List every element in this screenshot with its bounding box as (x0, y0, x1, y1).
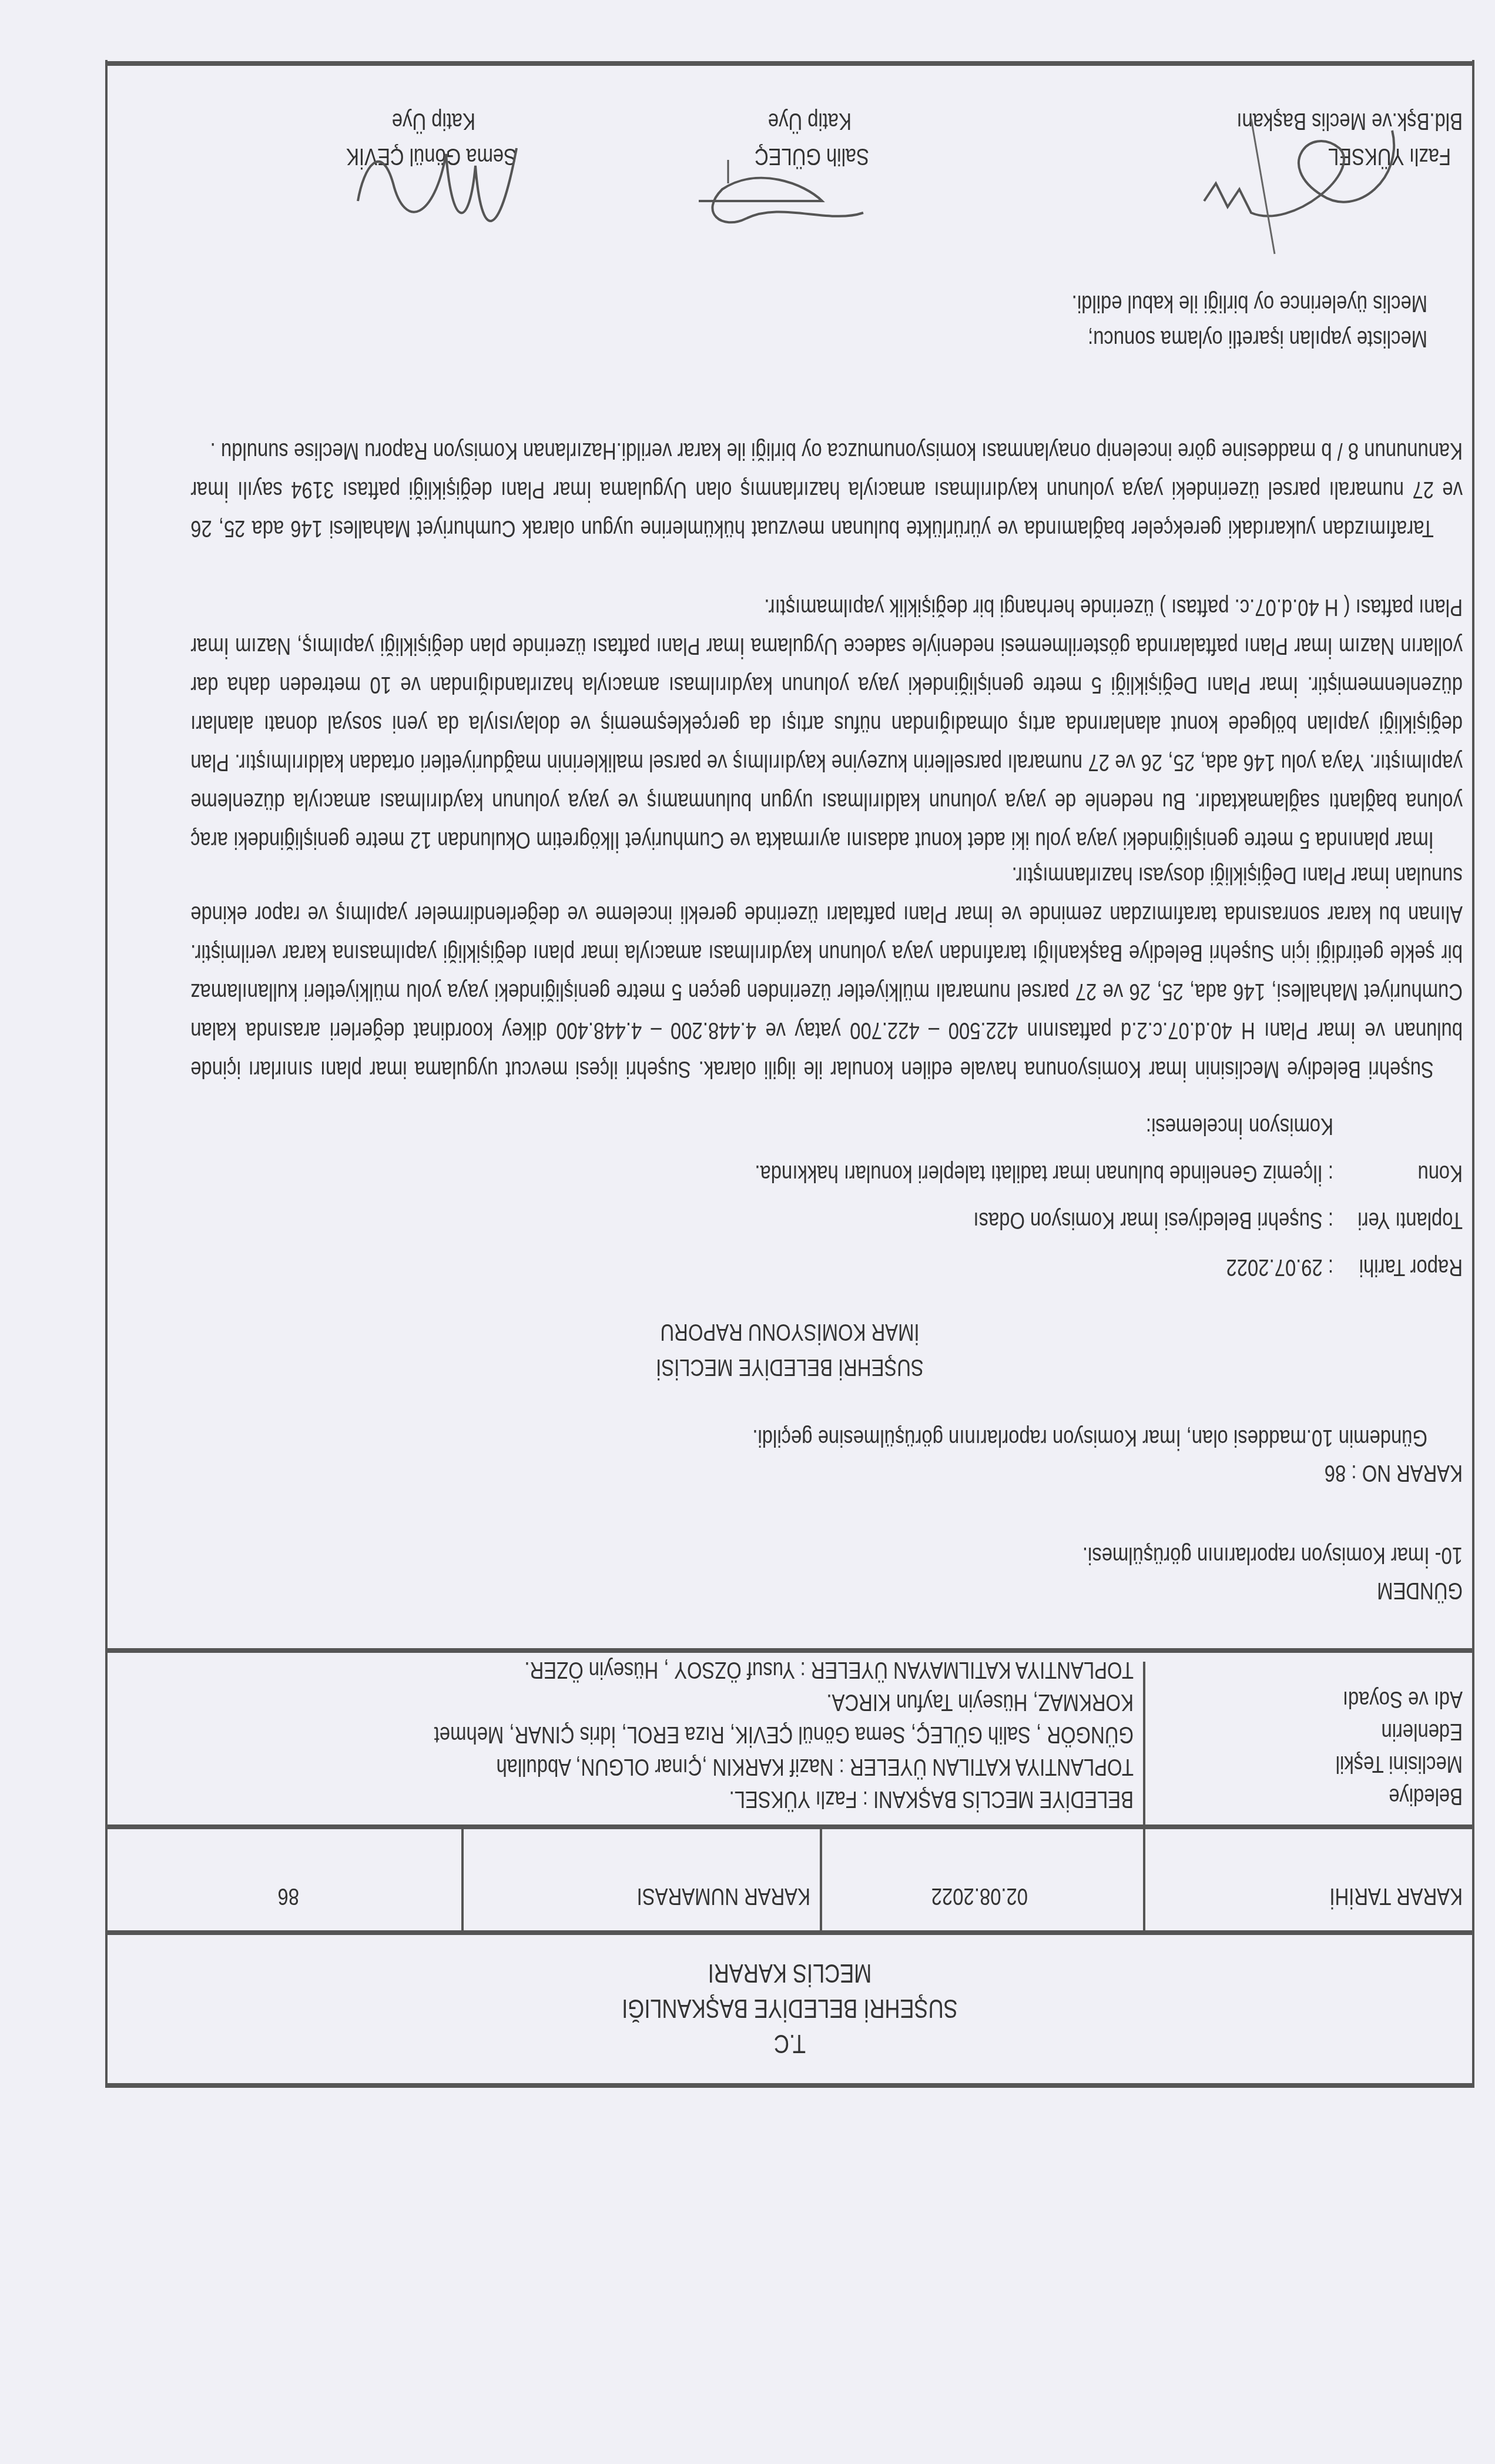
members-label-1: Belediye (1389, 1781, 1463, 1812)
tc-label: T.C (229, 2028, 1352, 2058)
report-paragraph-3: Tarafımızdan yukarıdaki gerekçeler bağla… (190, 431, 1463, 548)
report-title-2: İMAR KOMİSYONU RAPORU (229, 1317, 1352, 1347)
karar-tarihi-value: 02.08.2022 (931, 1881, 1028, 1911)
signature-scribble-2 (681, 154, 875, 248)
rapor-tarihi-label: Rapor Tarihi (1359, 1252, 1463, 1283)
karar-numarasi-value: 86 (278, 1881, 299, 1911)
konu-label: Konu (1417, 1158, 1463, 1189)
members-label-4: Adı ve Soyadı (1343, 1684, 1463, 1715)
members-label-3: Edenlerin (1381, 1716, 1463, 1747)
karar-tarihi-label: KARAR TARİHİ (1329, 1881, 1463, 1911)
katilan-uyeler-3: KORKMAZ, Hüseyin Tayfun KIRCA. (826, 1687, 1134, 1718)
karar-numarasi-label: KARAR NUMARASI (637, 1881, 810, 1911)
result-line-2: Meclis üyelerince oy birliği ile kabul e… (1072, 288, 1427, 319)
members-label-2: Meclisini Teşkil (1336, 1749, 1463, 1779)
signature-role-3: Katip Üye (392, 106, 475, 136)
rapor-tarihi-value: : 29.07.2022 (1226, 1252, 1333, 1283)
gundem-item: 10- İmar Komisyon raporlarının görüşülme… (1082, 1540, 1463, 1571)
meclis-baskani: BELEDİYE MECLİS BAŞKANI : Fazlı YÜKSEL. (729, 1784, 1134, 1814)
karar-no: KARAR NO : 86 (1325, 1458, 1463, 1488)
konu-value: : İlçemiz Genelinde bulunan imar tadilat… (755, 1158, 1333, 1189)
toplanti-yeri-label: Toplantı Yeri (1357, 1205, 1463, 1236)
scanned-page: T.C SUŞEHRİ BELEDİYE BAŞKANLIĞI MECLİS K… (0, 0, 1495, 2464)
katilan-uyeler-2: GÜNGÖR , Salih GÜLEÇ, Sema Gönül ÇEVİK, … (434, 1719, 1134, 1750)
institution-title: SUŞEHRİ BELEDİYE BAŞKANLIĞI (229, 1993, 1352, 2023)
report-paragraph-2: İmar planında 5 metre genişliğindeki yay… (190, 588, 1463, 859)
signature-scribble-3 (346, 136, 534, 254)
karar-intro: Gündemin 10.maddesi olan, İmar Komisyon … (752, 1422, 1427, 1453)
report-title-1: SUŞEHRİ BELEDİYE MECLİSİ (229, 1352, 1352, 1382)
signature-scribble-1 (1181, 113, 1427, 266)
inceleme-label: Komisyon İncelemesi: (1146, 1111, 1333, 1141)
gundem-title: GÜNDEM (1377, 1575, 1463, 1606)
katilmayan-uyeler: TOPLANTIYA KATILMAYAN ÜYELER : Yusuf ÖZS… (524, 1655, 1134, 1685)
signature-role-2: Katip Üye (768, 106, 852, 136)
toplanti-yeri-value: : Suşehri Belediyesi İmar Komisyon Odası (973, 1205, 1333, 1236)
katilan-uyeler-1: TOPLANTIYA KATILAN ÜYELER : Nazif KARKIN… (496, 1752, 1134, 1782)
doc-type-title: MECLİS KARARI (229, 1957, 1352, 1988)
report-paragraph-1: Suşehri Belediye Meclisinin İmar Komisyo… (190, 856, 1463, 1089)
result-line-1: Mecliste yapılan işaretli oylama sonucu; (1088, 323, 1427, 354)
